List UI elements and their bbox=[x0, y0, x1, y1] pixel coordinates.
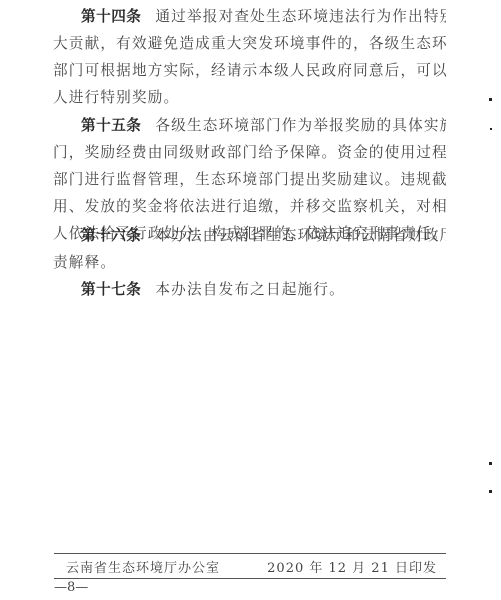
article-line: 部门进行监督管理，生态环境部门提出奖励建议。违规截留、挪 bbox=[53, 166, 446, 193]
footer-rule-top bbox=[54, 553, 446, 554]
article-line: 第十五条各级生态环境部门作为举报奖励的具体实施部 bbox=[53, 112, 446, 139]
scan-mark bbox=[489, 98, 492, 101]
footer-issuer: 云南省生态环境厅办公室 bbox=[66, 557, 220, 576]
article-16: 第十六条本办法由云南省生态环境厅和云南省财政厅负 责解释。 bbox=[53, 222, 446, 276]
article-17: 第十七条本办法自发布之日起施行。 bbox=[53, 276, 446, 303]
article-line: 第十七条本办法自发布之日起施行。 bbox=[53, 276, 446, 303]
scan-mark bbox=[489, 462, 492, 465]
article-14: 第十四条通过举报对查处生态环境违法行为作出特别重 大贡献，有效避免造成重大突发环… bbox=[53, 3, 446, 111]
article-line: 用、发放的奖金将依法进行追缴，并移交监察机关，对相关责任 bbox=[53, 193, 446, 220]
article-line: 门，奖励经费由同级财政部门给予保障。资金的使用过程由财政 bbox=[53, 139, 446, 166]
footer-rule-bottom bbox=[54, 578, 446, 579]
document-page: 第十四条通过举报对查处生态环境违法行为作出特别重 大贡献，有效避免造成重大突发环… bbox=[0, 0, 501, 600]
page-number: —8— bbox=[54, 580, 88, 595]
article-line: 责解释。 bbox=[53, 249, 446, 276]
scan-mark bbox=[489, 490, 492, 493]
footer-date: 2020 年 12 月 21 日印发 bbox=[267, 557, 437, 576]
scan-mark bbox=[490, 128, 492, 130]
article-heading: 第十七条 bbox=[81, 281, 141, 298]
article-line: 第十六条本办法由云南省生态环境厅和云南省财政厅负 bbox=[53, 222, 446, 249]
article-heading: 第十五条 bbox=[81, 117, 141, 134]
article-heading: 第十四条 bbox=[81, 8, 141, 25]
article-line: 大贡献，有效避免造成重大突发环境事件的，各级生态环境处罚 bbox=[53, 30, 446, 57]
article-line: 人进行特别奖励。 bbox=[53, 84, 446, 111]
article-line: 第十四条通过举报对查处生态环境违法行为作出特别重 bbox=[53, 3, 446, 30]
article-line: 部门可根据地方实际，经请示本级人民政府同意后，可以对举报 bbox=[53, 57, 446, 84]
article-heading: 第十六条 bbox=[81, 227, 141, 244]
